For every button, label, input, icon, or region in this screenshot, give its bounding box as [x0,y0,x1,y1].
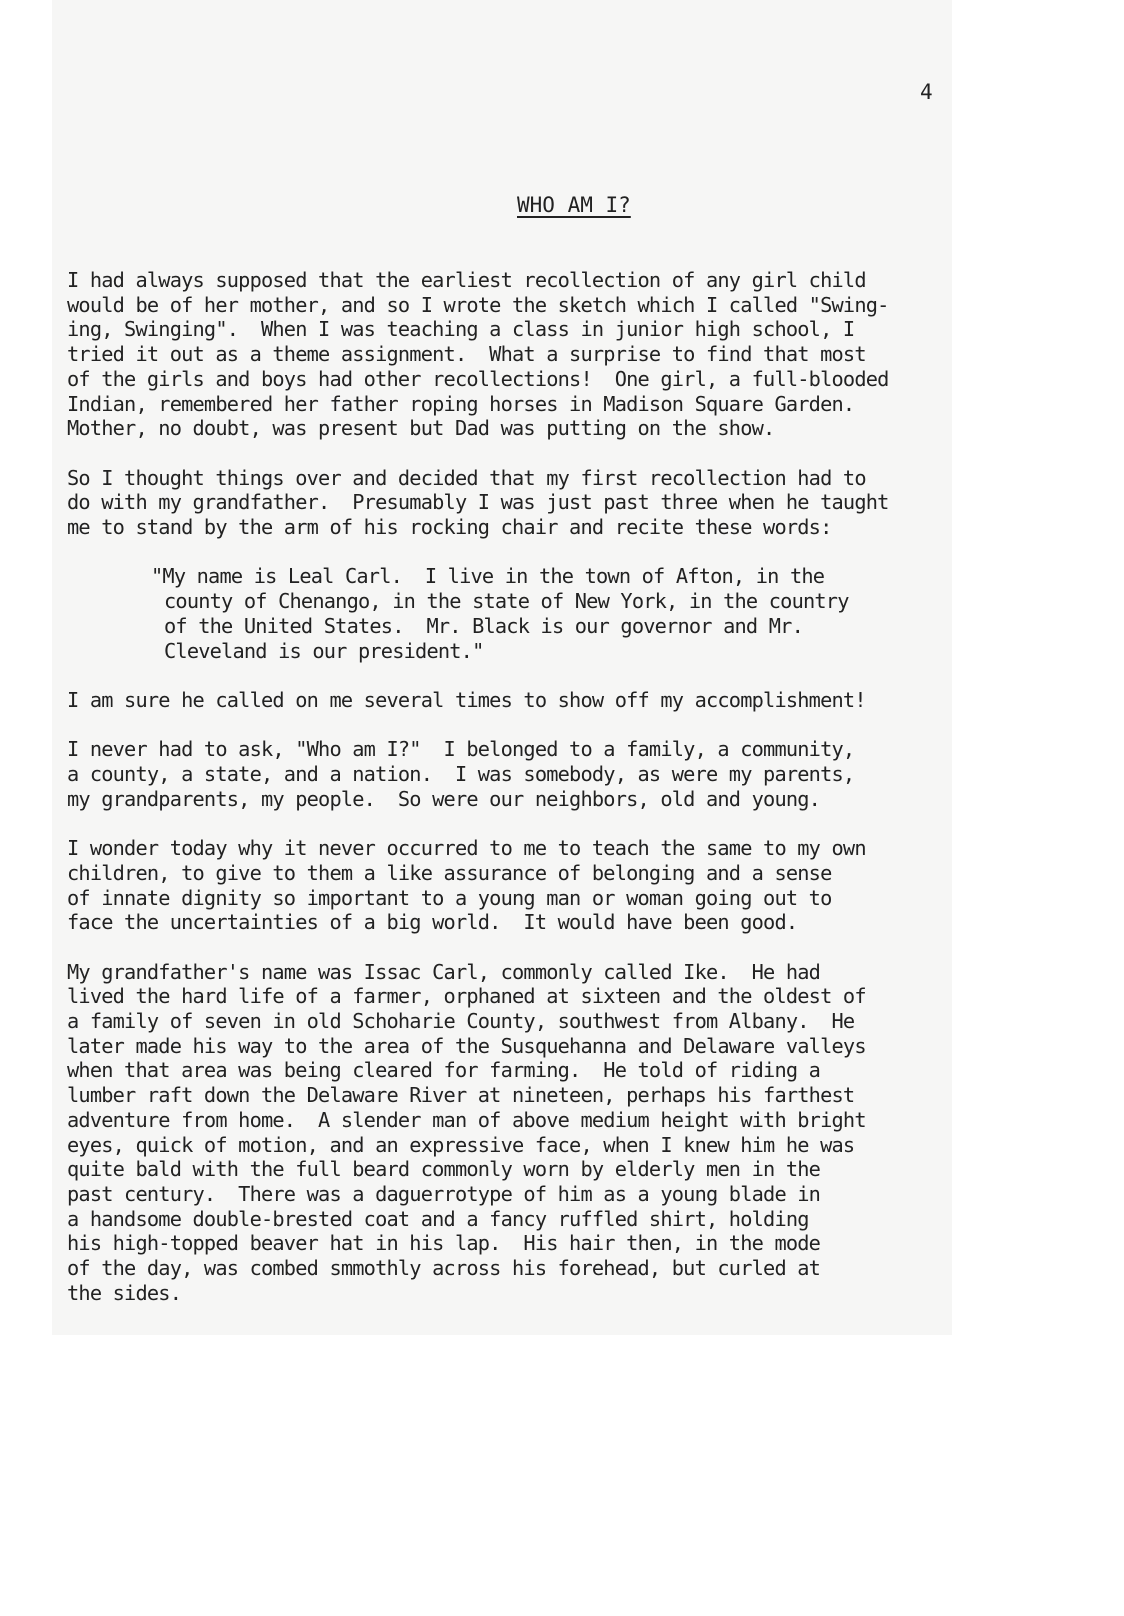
page-number: 4 [920,80,933,104]
text-line: a family of seven in old Schoharie Count… [67,1009,967,1034]
text-line: Indian, remembered her father roping hor… [67,392,967,417]
text-line: So I thought things over and decided tha… [67,466,967,491]
paragraph: I wonder today why it never occurred to … [67,836,967,935]
text-line: later made his way to the area of the Su… [67,1034,967,1059]
text-line: a handsome double-brested coat and a fan… [67,1207,967,1232]
text-line: past century. There was a daguerrotype o… [67,1182,967,1207]
paragraph: My grandfather's name was Issac Carl, co… [67,960,967,1306]
text-line: me to stand by the arm of his rocking ch… [67,515,967,540]
text-line: do with my grandfather. Presumably I was… [67,490,967,515]
paragraph: I am sure he called on me several times … [67,688,967,713]
text-line: county of Chenango, in the state of New … [151,589,967,614]
text-line: his high-topped beaver hat in his lap. H… [67,1231,967,1256]
text-line: Cleveland is our president." [151,639,967,664]
text-line: lumber raft down the Delaware River at n… [67,1083,967,1108]
text-line: "My name is Leal Carl. I live in the tow… [151,564,967,589]
text-line: I had always supposed that the earliest … [67,268,967,293]
block-quote: "My name is Leal Carl. I live in the tow… [67,564,967,663]
text-line: children, to give to them a like assuran… [67,861,967,886]
text-line: tried it out as a theme assignment. What… [67,342,967,367]
text-line: ing, Swinging". When I was teaching a cl… [67,317,967,342]
page-title: WHO AM I? [517,193,631,217]
text-line: of the girls and boys had other recollec… [67,367,967,392]
text-line: would be of her mother, and so I wrote t… [67,293,967,318]
text-line: of innate dignity so important to a youn… [67,886,967,911]
paragraph: So I thought things over and decided tha… [67,466,967,540]
paragraph: I never had to ask, "Who am I?" I belong… [67,737,967,811]
text-line: of the United States. Mr. Black is our g… [151,614,967,639]
text-line: adventure from home. A slender man of ab… [67,1108,967,1133]
text-line: Mother, no doubt, was present but Dad wa… [67,416,967,441]
text-line: face the uncertainties of a big world. I… [67,910,967,935]
text-line: I am sure he called on me several times … [67,688,967,713]
paragraph: I had always supposed that the earliest … [67,268,967,441]
text-line: the sides. [67,1281,967,1306]
text-line: lived the hard life of a farmer, orphane… [67,984,967,1009]
text-line: my grandparents, my people. So were our … [67,787,967,812]
document-body: I had always supposed that the earliest … [67,268,967,1330]
text-line: quite bald with the full beard commonly … [67,1157,967,1182]
text-line: I never had to ask, "Who am I?" I belong… [67,737,967,762]
text-line: I wonder today why it never occurred to … [67,836,967,861]
text-line: My grandfather's name was Issac Carl, co… [67,960,967,985]
text-line: eyes, quick of motion, and an expressive… [67,1133,967,1158]
text-line: when that area was being cleared for far… [67,1058,967,1083]
text-line: a county, a state, and a nation. I was s… [67,762,967,787]
text-line: of the day, was combed smmothly across h… [67,1256,967,1281]
